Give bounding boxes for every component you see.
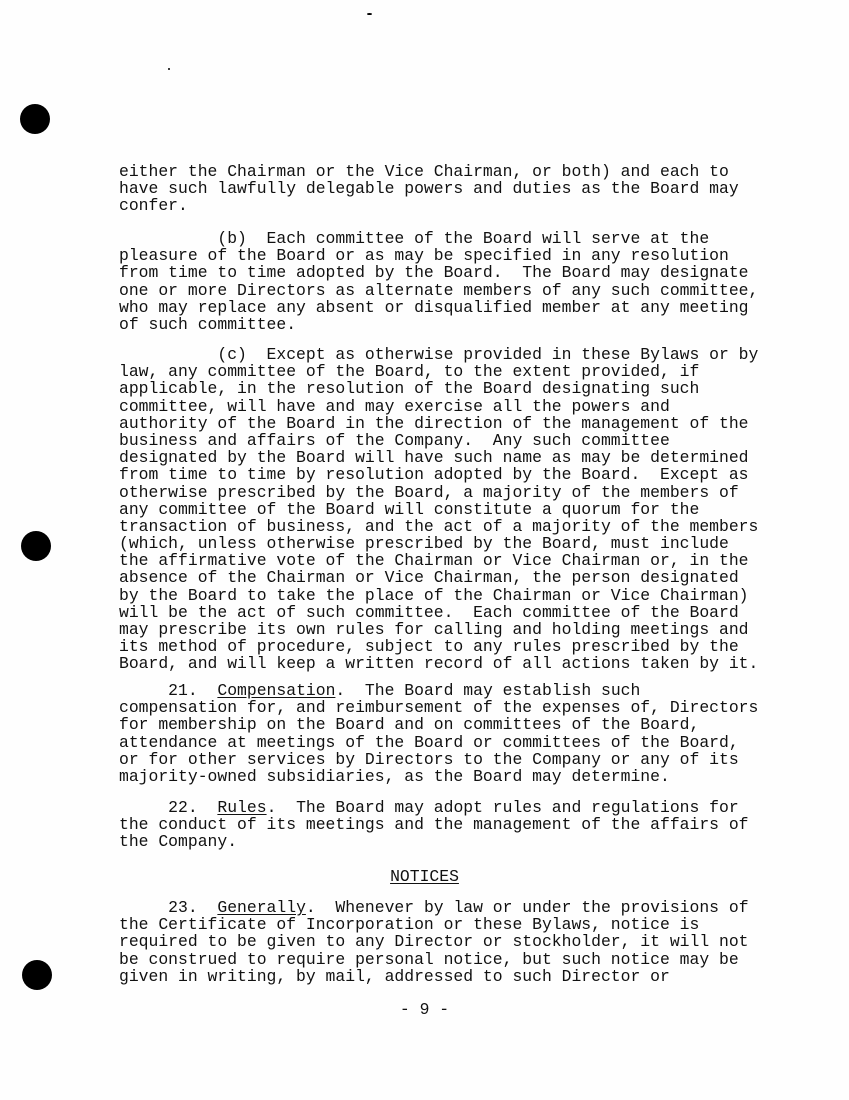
hole-punch-bottom [22, 960, 52, 990]
section-heading-line: 23. Generally. Whenever by law or under … [119, 899, 749, 916]
section-number: 23. [119, 898, 217, 917]
text-span: . Whenever by law or under the provision… [306, 898, 749, 917]
section-number: 21. [119, 681, 217, 700]
text-line: (c) Except as otherwise provided in thes… [119, 346, 758, 363]
text-line: its method of procedure, subject to any … [119, 638, 758, 655]
hole-punch-top [20, 104, 50, 134]
text-line: authority of the Board in the direction … [119, 415, 758, 432]
text-line: business and affairs of the Company. Any… [119, 432, 758, 449]
text-line: the Company. [119, 833, 749, 850]
section-title: Compensation [217, 681, 335, 700]
scan-speck [168, 68, 170, 70]
section-number: 22. [119, 798, 217, 817]
hole-punch-middle [21, 531, 51, 561]
paragraph-b: (b) Each committee of the Board will ser… [119, 230, 758, 333]
text-line: for membership on the Board and on commi… [119, 716, 758, 733]
text-line: committee, will have and may exercise al… [119, 398, 758, 415]
text-line: confer. [119, 197, 739, 214]
heading-text: NOTICES [390, 867, 459, 886]
paragraph-c: (c) Except as otherwise provided in thes… [119, 346, 758, 673]
notices-heading: NOTICES [0, 867, 849, 886]
text-line: required to be given to any Director or … [119, 933, 749, 950]
section-heading-line: 22. Rules. The Board may adopt rules and… [119, 799, 749, 816]
text-line: by the Board to take the place of the Ch… [119, 587, 758, 604]
text-line: any committee of the Board will constitu… [119, 501, 758, 518]
text-line: the conduct of its meetings and the mana… [119, 816, 749, 833]
text-line: (b) Each committee of the Board will ser… [119, 230, 758, 247]
paragraph-continuation: either the Chairman or the Vice Chairman… [119, 163, 739, 215]
text-line: the Certificate of Incorporation or thes… [119, 916, 749, 933]
text-line: attendance at meetings of the Board or c… [119, 734, 758, 751]
text-line: the affirmative vote of the Chairman or … [119, 552, 758, 569]
text-line: from time to time by resolution adopted … [119, 466, 758, 483]
text-line: Board, and will keep a written record of… [119, 655, 758, 672]
section-23-generally: 23. Generally. Whenever by law or under … [119, 899, 749, 985]
text-line: compensation for, and reimbursement of t… [119, 699, 758, 716]
section-21-compensation: 21. Compensation. The Board may establis… [119, 682, 758, 785]
text-line: be construed to require personal notice,… [119, 951, 749, 968]
section-title: Rules [217, 798, 266, 817]
text-line: transaction of business, and the act of … [119, 518, 758, 535]
section-22-rules: 22. Rules. The Board may adopt rules and… [119, 799, 749, 851]
document-page: either the Chairman or the Vice Chairman… [0, 0, 849, 1100]
text-line: pleasure of the Board or as may be speci… [119, 247, 758, 264]
text-line: (which, unless otherwise prescribed by t… [119, 535, 758, 552]
text-line: applicable, in the resolution of the Boa… [119, 380, 758, 397]
section-heading-line: 21. Compensation. The Board may establis… [119, 682, 758, 699]
text-line: designated by the Board will have such n… [119, 449, 758, 466]
section-title: Generally [217, 898, 306, 917]
text-line: given in writing, by mail, addressed to … [119, 968, 749, 985]
text-span: . The Board may establish such [335, 681, 640, 700]
text-line: absence of the Chairman or Vice Chairman… [119, 569, 758, 586]
text-line: or for other services by Directors to th… [119, 751, 758, 768]
text-span: . The Board may adopt rules and regulati… [267, 798, 739, 817]
text-line: law, any committee of the Board, to the … [119, 363, 758, 380]
page-number: - 9 - [0, 1000, 849, 1019]
text-line: will be the act of such committee. Each … [119, 604, 758, 621]
text-line: who may replace any absent or disqualifi… [119, 299, 758, 316]
text-line: have such lawfully delegable powers and … [119, 180, 739, 197]
text-line: of such committee. [119, 316, 758, 333]
text-line: either the Chairman or the Vice Chairman… [119, 163, 739, 180]
text-line: majority-owned subsidiaries, as the Boar… [119, 768, 758, 785]
text-line: otherwise prescribed by the Board, a maj… [119, 484, 758, 501]
scan-speck [367, 13, 372, 15]
text-line: from time to time adopted by the Board. … [119, 264, 758, 281]
text-line: one or more Directors as alternate membe… [119, 282, 758, 299]
text-line: may prescribe its own rules for calling … [119, 621, 758, 638]
